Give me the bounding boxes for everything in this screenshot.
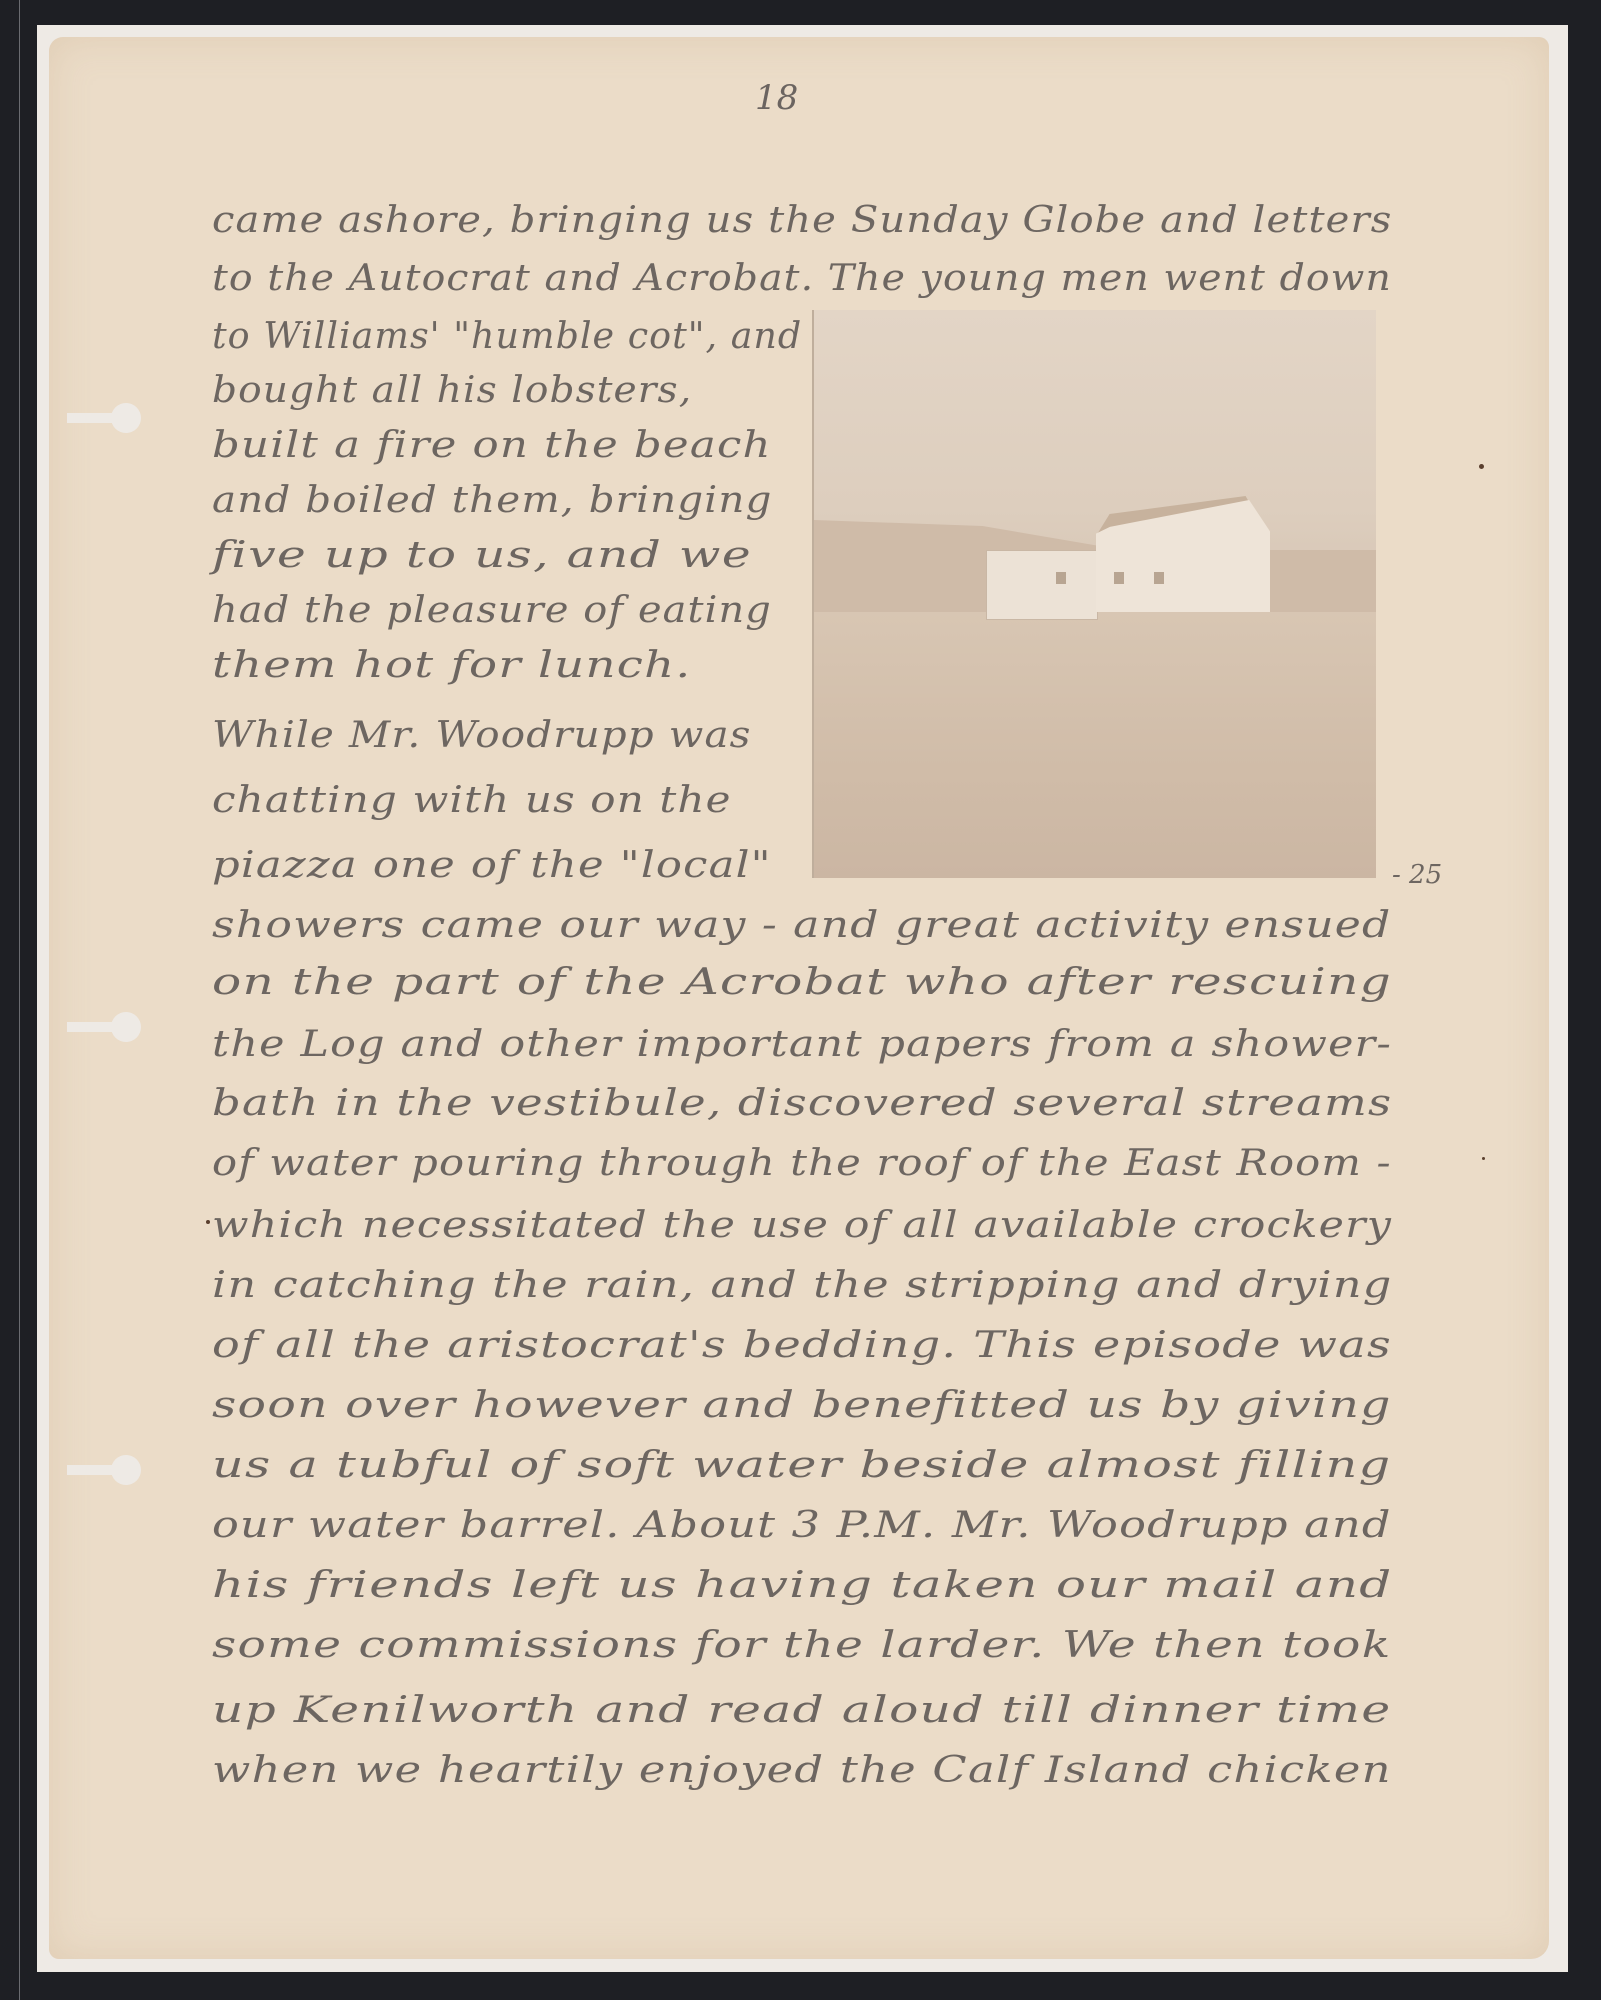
text-line: soon over however and benefitted us by g… <box>212 1385 1392 1426</box>
text-line: our water barrel. About 3 P.M. Mr. Woodr… <box>212 1505 1392 1546</box>
text-line: chatting with us on the <box>212 780 732 821</box>
text-line: to the Autocrat and Acrobat. The young m… <box>212 258 1392 299</box>
text-line: had the pleasure of eating <box>212 590 772 631</box>
margin-note: - 25 <box>1392 860 1442 890</box>
punch-hole <box>111 1012 141 1042</box>
paper-spot <box>1479 464 1484 469</box>
text-line: some commissions for the larder. We then… <box>212 1625 1392 1666</box>
text-line: piazza one of the "local" <box>212 845 772 886</box>
photo-window <box>1056 572 1066 584</box>
paper-spot <box>1482 1157 1485 1160</box>
page-number: 18 <box>755 78 798 118</box>
text-line: in catching the rain, and the stripping … <box>212 1265 1392 1306</box>
text-line: five up to us, and we <box>212 535 752 576</box>
text-line: bath in the vestibule, discovered severa… <box>212 1083 1392 1124</box>
text-line: the Log and other important papers from … <box>212 1024 1392 1065</box>
mounted-photograph <box>814 310 1376 878</box>
photo-window <box>1114 572 1124 584</box>
photo-field <box>814 612 1376 878</box>
text-line: when we heartily enjoyed the Calf Island… <box>212 1750 1392 1791</box>
text-line: built a fire on the beach <box>212 425 772 466</box>
frame-edge <box>19 0 20 2000</box>
text-line: to Williams' "humble cot", and <box>212 316 802 357</box>
text-line: his friends left us having taken our mai… <box>212 1565 1393 1606</box>
text-line: us a tubful of soft water beside almost … <box>212 1445 1391 1486</box>
text-line: came ashore, bringing us the Sunday Glob… <box>212 200 1392 241</box>
text-line: up Kenilworth and read aloud till dinner… <box>212 1690 1391 1731</box>
text-line: of all the aristocrat's bedding. This ep… <box>212 1325 1392 1366</box>
paper-spot <box>206 1220 210 1224</box>
photo-window <box>1154 572 1164 584</box>
text-line: showers came our way - and great activit… <box>212 905 1391 946</box>
photo-outbuilding <box>986 550 1098 620</box>
punch-hole <box>111 1455 141 1485</box>
text-line: While Mr. Woodrupp was <box>212 715 752 756</box>
text-line: and boiled them, bringing <box>212 480 772 521</box>
text-line: on the part of the Acrobat who after res… <box>212 962 1392 1003</box>
punch-hole <box>111 403 141 433</box>
text-line: bought all his lobsters, <box>212 370 692 411</box>
text-line: which necessitated the use of all availa… <box>212 1205 1392 1246</box>
text-line: them hot for lunch. <box>212 645 692 686</box>
text-line: of water pouring through the roof of the… <box>212 1143 1392 1184</box>
